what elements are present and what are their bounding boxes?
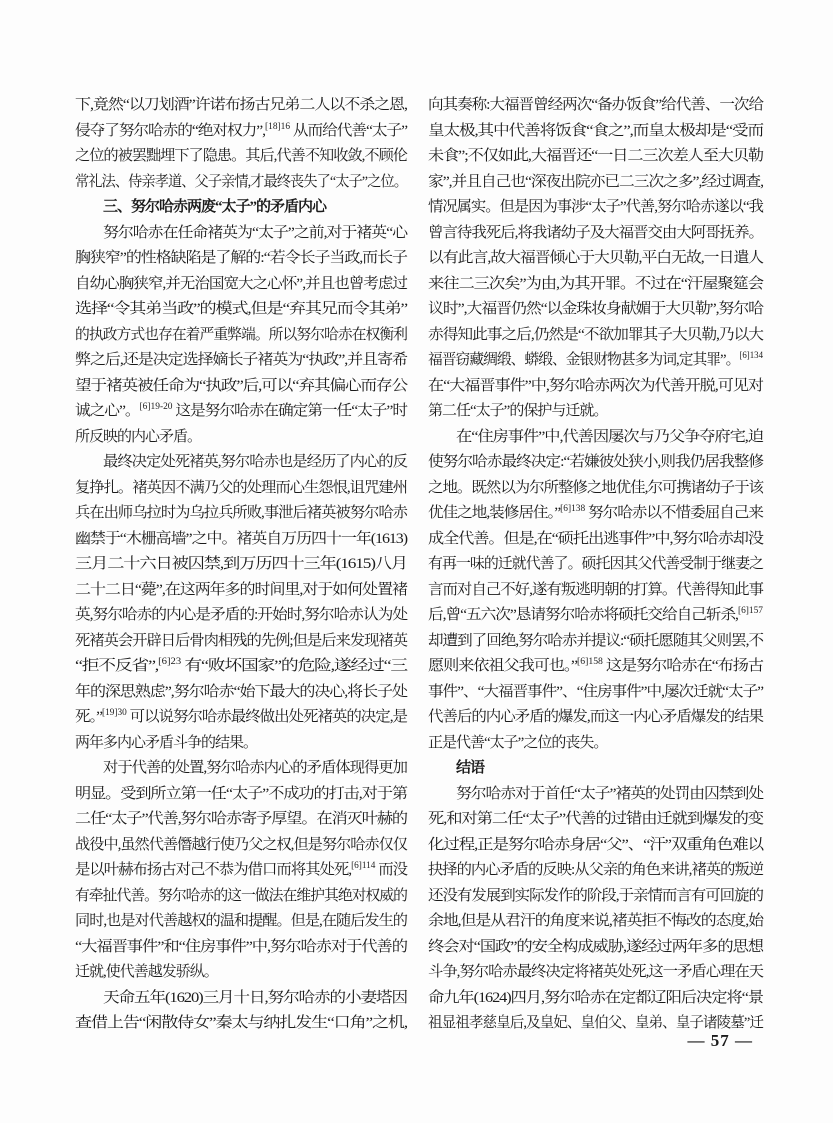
- line-text: 选择“令其弟当政”的模式,但是“弃其兄而令其弟”: [75, 297, 407, 323]
- line-text: 弊之后,还是决定选择嫡长子褚英为“执政”,并且寄希: [75, 348, 407, 374]
- text-line: 天命五年(1620)三月十日,努尔哈赤的小妻塔因: [75, 986, 407, 1012]
- line-text: 之位的被罢黜埋下了隐患。其后,代善不知收敛,不顾伦: [75, 144, 407, 170]
- line-text: 化过程,正是努尔哈赤身居“父”、“汗”双重角色难以: [428, 833, 763, 859]
- line-text: 愿则来依祖父我可也。”[6]158 这是努尔哈赤在“布扬古: [428, 654, 763, 680]
- text-line: 化过程,正是努尔哈赤身居“父”、“汗”双重角色难以: [428, 833, 763, 859]
- line-text: 努尔哈赤在任命褚英为“太子”之前,对于褚英“心: [103, 221, 407, 247]
- line-text: 死,和对第二任“太子”代善的过错由迁就到爆发的变: [428, 807, 763, 833]
- line-text: 二任“太子”代善,努尔哈赤寄予厚望。在消灭叶赫的: [75, 807, 407, 833]
- citation-superscript: [6]114: [351, 860, 375, 870]
- text-line: 的执政方式也存在着严重弊端。所以努尔哈赤在权衡利: [75, 323, 407, 349]
- text-line: 还没有发展到实际发作的阶段,于亲情而言有可回旋的: [428, 884, 763, 910]
- line-text: 却遭到了回绝,努尔哈赤并提议:“硕托愿随其父则罢,不: [428, 629, 763, 655]
- citation-superscript: [19]30: [102, 707, 127, 717]
- text-line: 自幼心胸狭窄,并无治国宽大之心怀”,并且也曾考虑过: [75, 272, 407, 298]
- text-line: 有再一味的迁就代善了。硕托因其父代善受制于继妻之: [428, 552, 763, 578]
- line-text: 有再一味的迁就代善了。硕托因其父代善受制于继妻之: [428, 552, 763, 578]
- line-text: 明显。受到所立第一任“太子”不成功的打击,对于第: [75, 782, 407, 808]
- line-text: 自幼心胸狭窄,并无治国宽大之心怀”,并且也曾考虑过: [75, 272, 407, 298]
- line-text: 的执政方式也存在着严重弊端。所以努尔哈赤在权衡利: [75, 323, 407, 349]
- text-line: 皇太极,其中代善将饭食“食之”,而皇太极却是“受而: [428, 119, 763, 145]
- text-line: 常礼法、侍亲孝道、父子亲情,才最终丧失了“太子”之位。: [75, 170, 407, 196]
- line-text: 还没有发展到实际发作的阶段,于亲情而言有可回旋的: [428, 884, 763, 910]
- line-text: 结语: [456, 756, 484, 782]
- line-text: 代善后的内心矛盾的爆发,而这一内心矛盾爆发的结果: [428, 705, 763, 731]
- line-text: 使努尔哈赤最终决定:“若嫌彼处狭小,则我仍居我整修: [428, 450, 763, 476]
- line-text: 之地。既然以为尔所整修之地优佳,尔可携诸幼子于该: [428, 476, 763, 502]
- text-line: 却遭到了回绝,努尔哈赤并提议:“硕托愿随其父则罢,不: [428, 629, 763, 655]
- line-text: 命九年(1624)四月,努尔哈赤在定都辽阳后决定将“景: [428, 986, 763, 1012]
- line-text: 年的深思熟虑”,努尔哈赤“始下最大的决心,将长子处: [75, 680, 407, 706]
- text-line: 英,努尔哈赤的内心是矛盾的:开始时,努尔哈赤认为处: [75, 603, 407, 629]
- section-heading: 三、努尔哈赤两废“太子”的矛盾内心: [75, 195, 407, 221]
- text-line: 所反映的内心矛盾。: [75, 425, 407, 451]
- text-line: 迁就,使代善越发骄纵。: [75, 960, 407, 986]
- text-line: 同时,也是对代善越权的温和提醒。但是,在随后发生的: [75, 909, 407, 935]
- line-text: 在“住房事件”中,代善因屡次与乃父争夺府宅,迫: [456, 425, 763, 451]
- text-line: 向其奏称:大福晋曾经两次“备办饭食”给代善、一次给: [428, 93, 763, 119]
- line-text: 情况属实。但是因为事涉“太子”代善,努尔哈赤遂以“我: [428, 195, 763, 221]
- line-text: 努尔哈赤对于首任“太子”褚英的处罚由囚禁到处: [456, 782, 763, 808]
- text-line: 复挣扎。褚英因不满乃父的处理而心生怨恨,诅咒建州: [75, 476, 407, 502]
- line-text: 福晋窃藏绸缎、蟒缎、金银财物甚多为词,定其罪”。[6]134: [428, 348, 763, 374]
- line-text: 有牵扯代善。努尔哈赤的这一做法在维护其绝对权威的: [75, 884, 407, 910]
- line-text: 在“大福晋事件”中,努尔哈赤两次为代善开脱,可见对: [428, 374, 763, 400]
- text-line: 死,和对第二任“太子”代善的过错由迁就到爆发的变: [428, 807, 763, 833]
- text-line: 年的深思熟虑”,努尔哈赤“始下最大的决心,将长子处: [75, 680, 407, 706]
- text-line: 命九年(1624)四月,努尔哈赤在定都辽阳后决定将“景: [428, 986, 763, 1012]
- line-text: 余地,但是从君汗的角度来说,褚英拒不悔改的态度,始: [428, 909, 763, 935]
- text-line: 最终决定处死褚英,努尔哈赤也是经历了内心的反: [75, 450, 407, 476]
- section-heading: 结语: [428, 756, 763, 782]
- line-text: 侵夺了努尔哈赤的“绝对权力”,[18]16 从而给代善“太子”: [75, 119, 407, 145]
- citation-superscript: [6]134: [739, 350, 763, 360]
- line-text: 常礼法、侍亲孝道、父子亲情,才最终丧失了“太子”之位。: [75, 170, 407, 196]
- text-line: 在“住房事件”中,代善因屡次与乃父争夺府宅,迫: [428, 425, 763, 451]
- line-text: 以有此言,故大福晋倾心于大贝勒,平白无故,一日遣人: [428, 246, 763, 272]
- line-text: 赤得知此事之后,仍然是“不欲加罪其子大贝勒,乃以大: [428, 323, 763, 349]
- citation-superscript: [6]158: [577, 656, 603, 666]
- text-line: 曾言待我死后,将我诸幼子及大福晋交由大阿哥抚养。: [428, 221, 763, 247]
- line-text: 是以叶赫布扬古对己不恭为借口而将其处死,[6]114 而没: [75, 858, 407, 884]
- line-text: 对于代善的处置,努尔哈赤内心的矛盾体现得更加: [103, 756, 407, 782]
- line-text: 向其奏称:大福晋曾经两次“备办饭食”给代善、一次给: [428, 93, 763, 119]
- line-text: 曾言待我死后,将我诸幼子及大福晋交由大阿哥抚养。: [428, 221, 763, 247]
- text-line: 明显。受到所立第一任“太子”不成功的打击,对于第: [75, 782, 407, 808]
- text-line: 二任“太子”代善,努尔哈赤寄予厚望。在消灭叶赫的: [75, 807, 407, 833]
- text-line: 第二任“太子”的保护与迁就。: [428, 399, 763, 425]
- line-text: 胸狭窄”的性格缺陷是了解的:“若令长子当政,而长子: [75, 246, 407, 272]
- text-line: 斗争,努尔哈赤最终决定将褚英处死,这一矛盾心理在天: [428, 960, 763, 986]
- citation-superscript: [6]157: [738, 605, 763, 615]
- text-line: 议时”,大福晋仍然“以金珠妆身献媚于大贝勒”,努尔哈: [428, 297, 763, 323]
- text-line: 两年多内心矛盾斗争的结果。: [75, 731, 407, 757]
- line-text: 死褚英会开辟日后骨肉相残的先例;但是后来发现褚英: [75, 629, 407, 655]
- text-line: 使努尔哈赤最终决定:“若嫌彼处狭小,则我仍居我整修: [428, 450, 763, 476]
- text-line: 情况属实。但是因为事涉“太子”代善,努尔哈赤遂以“我: [428, 195, 763, 221]
- line-text: 同时,也是对代善越权的温和提醒。但是,在随后发生的: [75, 909, 407, 935]
- line-text: 天命五年(1620)三月十日,努尔哈赤的小妻塔因: [103, 986, 407, 1012]
- text-line: 幽禁于“木栅高墙”之中。褚英自万历四十一年(1613): [75, 527, 407, 553]
- line-text: 复挣扎。褚英因不满乃父的处理而心生怨恨,诅咒建州: [75, 476, 407, 502]
- text-line: 以有此言,故大福晋倾心于大贝勒,平白无故,一日遣人: [428, 246, 763, 272]
- text-line: 查借上告“闲散侍女”秦太与纳扎发生“口角”之机,: [75, 1011, 407, 1037]
- text-line: 优佳之地,装修居住。”[6]138 努尔哈赤以不惜委屈自己来: [428, 501, 763, 527]
- text-line: 未食”;不仅如此,大福晋还“一日二三次差人至大贝勒: [428, 144, 763, 170]
- line-text: 望于褚英被任命为“执政”后,可以“弃其偏心而存公: [75, 374, 407, 400]
- line-text: 战役中,虽然代善僭越行使乃父之权,但是努尔哈赤仅仅: [75, 833, 407, 859]
- text-line: 家”,并且自己也“深夜出院亦已二三次之多”,经过调查,: [428, 170, 763, 196]
- line-text: 二十二日“薨”,在这两年多的时间里,对于如何处置褚: [75, 578, 407, 604]
- line-text: 最终决定处死褚英,努尔哈赤也是经历了内心的反: [103, 450, 407, 476]
- citation-superscript: [6]23: [158, 656, 181, 666]
- line-text: 所反映的内心矛盾。: [75, 425, 201, 451]
- document-page: 下,竟然“以刀划酒”许诺布扬古兄弟二人以不杀之恩,侵夺了努尔哈赤的“绝对权力”,…: [0, 0, 833, 1123]
- text-line: 努尔哈赤对于首任“太子”褚英的处罚由囚禁到处: [428, 782, 763, 808]
- text-line: “大福晋事件”和“住房事件”中,努尔哈赤对于代善的: [75, 935, 407, 961]
- line-text: 家”,并且自己也“深夜出院亦已二三次之多”,经过调查,: [428, 170, 763, 196]
- line-text: 死。”[19]30 可以说努尔哈赤最终做出处死褚英的决定,是: [75, 705, 407, 731]
- text-line: 诚之心”。[6]19-20 这是努尔哈赤在确定第一任“太子”时: [75, 399, 407, 425]
- text-line: 来往二三次矣”为由,为其开罪。不过在“汗屋聚筵会: [428, 272, 763, 298]
- line-text: 事件”、“大福晋事件”、“住房事件”中,屡次迁就“太子”: [428, 680, 763, 706]
- text-line: 正是代善“太子”之位的丧失。: [428, 731, 763, 757]
- line-text: 三月二十六日被囚禁,到万历四十三年(1615)八月: [75, 552, 407, 578]
- text-line: 福晋窃藏绸缎、蟒缎、金银财物甚多为词,定其罪”。[6]134: [428, 348, 763, 374]
- line-text: 第二任“太子”的保护与迁就。: [428, 399, 607, 425]
- line-text: 议时”,大福晋仍然“以金珠妆身献媚于大贝勒”,努尔哈: [428, 297, 763, 323]
- line-text: 查借上告“闲散侍女”秦太与纳扎发生“口角”之机,: [75, 1011, 407, 1037]
- page-number: — 57 —: [688, 1031, 754, 1051]
- text-line: 胸狭窄”的性格缺陷是了解的:“若令长子当政,而长子: [75, 246, 407, 272]
- text-line: 在“大福晋事件”中,努尔哈赤两次为代善开脱,可见对: [428, 374, 763, 400]
- line-text: “大福晋事件”和“住房事件”中,努尔哈赤对于代善的: [75, 935, 407, 961]
- text-line: 努尔哈赤在任命褚英为“太子”之前,对于褚英“心: [75, 221, 407, 247]
- text-line: 是以叶赫布扬古对己不恭为借口而将其处死,[6]114 而没: [75, 858, 407, 884]
- text-line: 三月二十六日被囚禁,到万历四十三年(1615)八月: [75, 552, 407, 578]
- citation-superscript: [6]19-20: [140, 401, 173, 411]
- text-line: “拒不反省”,[6]23 有“败坏国家”的危险,遂经过“三: [75, 654, 407, 680]
- line-text: 后,曾“五六次”恳请努尔哈赤将硕托交给自己斩杀,[6]157: [428, 603, 763, 629]
- line-text: “拒不反省”,[6]23 有“败坏国家”的危险,遂经过“三: [75, 654, 407, 680]
- text-line: 有牵扯代善。努尔哈赤的这一做法在维护其绝对权威的: [75, 884, 407, 910]
- text-line: 赤得知此事之后,仍然是“不欲加罪其子大贝勒,乃以大: [428, 323, 763, 349]
- text-line: 弊之后,还是决定选择嫡长子褚英为“执政”,并且寄希: [75, 348, 407, 374]
- line-text: 言而对自己不好,遂有叛逃明朝的打算。代善得知此事: [428, 578, 763, 604]
- text-line: 侵夺了努尔哈赤的“绝对权力”,[18]16 从而给代善“太子”: [75, 119, 407, 145]
- line-text: 皇太极,其中代善将饭食“食之”,而皇太极却是“受而: [428, 119, 763, 145]
- text-line: 二十二日“薨”,在这两年多的时间里,对于如何处置褚: [75, 578, 407, 604]
- line-text: 正是代善“太子”之位的丧失。: [428, 731, 607, 757]
- line-text: 下,竟然“以刀划酒”许诺布扬古兄弟二人以不杀之恩,: [75, 93, 407, 119]
- text-line: 终会对“国政”的安全构成威胁,遂经过两年多的思想: [428, 935, 763, 961]
- line-text: 两年多内心矛盾斗争的结果。: [75, 731, 257, 757]
- text-line: 余地,但是从君汗的角度来说,褚英拒不悔改的态度,始: [428, 909, 763, 935]
- line-text: 迁就,使代善越发骄纵。: [75, 960, 218, 986]
- line-text: 成全代善。但是,在“硕托出逃事件”中,努尔哈赤却没: [428, 527, 763, 553]
- line-text: 诚之心”。[6]19-20 这是努尔哈赤在确定第一任“太子”时: [75, 399, 407, 425]
- text-line: 战役中,虽然代善僭越行使乃父之权,但是努尔哈赤仅仅: [75, 833, 407, 859]
- citation-superscript: [18]16: [265, 121, 290, 131]
- text-line: 后,曾“五六次”恳请努尔哈赤将硕托交给自己斩杀,[6]157: [428, 603, 763, 629]
- line-text: 幽禁于“木栅高墙”之中。褚英自万历四十一年(1613): [75, 527, 407, 553]
- text-line: 愿则来依祖父我可也。”[6]158 这是努尔哈赤在“布扬古: [428, 654, 763, 680]
- line-text: 来往二三次矣”为由,为其开罪。不过在“汗屋聚筵会: [428, 272, 763, 298]
- text-line: 对于代善的处置,努尔哈赤内心的矛盾体现得更加: [75, 756, 407, 782]
- text-line: 抉择的内心矛盾的反映:从父亲的角色来讲,褚英的叛逆: [428, 858, 763, 884]
- left-column: 下,竟然“以刀划酒”许诺布扬古兄弟二人以不杀之恩,侵夺了努尔哈赤的“绝对权力”,…: [75, 93, 407, 1037]
- text-line: 成全代善。但是,在“硕托出逃事件”中,努尔哈赤却没: [428, 527, 763, 553]
- text-line: 死褚英会开辟日后骨肉相残的先例;但是后来发现褚英: [75, 629, 407, 655]
- text-line: 言而对自己不好,遂有叛逃明朝的打算。代善得知此事: [428, 578, 763, 604]
- line-text: 未食”;不仅如此,大福晋还“一日二三次差人至大贝勒: [428, 144, 763, 170]
- line-text: 兵在出师乌拉时为乌拉兵所败,事泄后褚英被努尔哈赤: [75, 501, 407, 527]
- line-text: 终会对“国政”的安全构成威胁,遂经过两年多的思想: [428, 935, 763, 961]
- text-line: 死。”[19]30 可以说努尔哈赤最终做出处死褚英的决定,是: [75, 705, 407, 731]
- text-line: 望于褚英被任命为“执政”后,可以“弃其偏心而存公: [75, 374, 407, 400]
- text-line: 之位的被罢黜埋下了隐患。其后,代善不知收敛,不顾伦: [75, 144, 407, 170]
- line-text: 抉择的内心矛盾的反映:从父亲的角色来讲,褚英的叛逆: [428, 858, 763, 884]
- line-text: 优佳之地,装修居住。”[6]138 努尔哈赤以不惜委屈自己来: [428, 501, 763, 527]
- citation-superscript: [6]138: [560, 503, 585, 513]
- text-line: 代善后的内心矛盾的爆发,而这一内心矛盾爆发的结果: [428, 705, 763, 731]
- text-line: 下,竟然“以刀划酒”许诺布扬古兄弟二人以不杀之恩,: [75, 93, 407, 119]
- right-column: 向其奏称:大福晋曾经两次“备办饭食”给代善、一次给皇太极,其中代善将饭食“食之”…: [428, 93, 763, 1037]
- line-text: 三、努尔哈赤两废“太子”的矛盾内心: [103, 195, 326, 221]
- text-line: 选择“令其弟当政”的模式,但是“弃其兄而令其弟”: [75, 297, 407, 323]
- text-line: 兵在出师乌拉时为乌拉兵所败,事泄后褚英被努尔哈赤: [75, 501, 407, 527]
- text-line: 事件”、“大福晋事件”、“住房事件”中,屡次迁就“太子”: [428, 680, 763, 706]
- line-text: 英,努尔哈赤的内心是矛盾的:开始时,努尔哈赤认为处: [75, 603, 407, 629]
- text-line: 之地。既然以为尔所整修之地优佳,尔可携诸幼子于该: [428, 476, 763, 502]
- line-text: 斗争,努尔哈赤最终决定将褚英处死,这一矛盾心理在天: [428, 960, 763, 986]
